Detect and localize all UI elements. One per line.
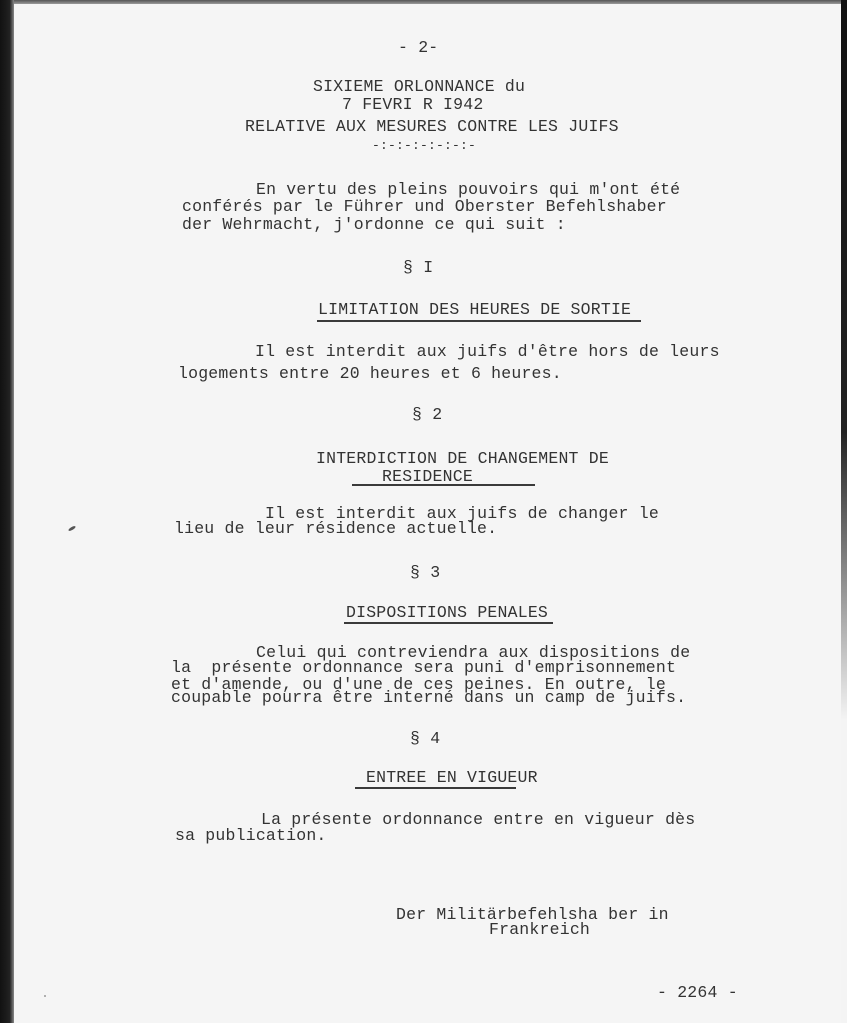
- section-4-number: § 4: [410, 729, 440, 748]
- section-4-heading-underline: [355, 787, 516, 789]
- section-3-body-line-4: coupable pourra être interné dans un cam…: [171, 688, 686, 707]
- scan-border-left: [0, 0, 14, 1023]
- preamble-line-2: conférés par le Führer und Oberster Befe…: [182, 197, 667, 216]
- section-4-heading: ENTREE EN VIGUEUR: [366, 768, 538, 787]
- section-3-number: § 3: [410, 563, 440, 582]
- scanned-page: - 2- SIXIEME ORLONNANCE du 7 FEVRI R I94…: [0, 0, 847, 1023]
- section-2-heading-underline: [352, 484, 535, 486]
- scan-border-right: [841, 0, 847, 720]
- section-2-body-line-2: lieu de leur résidence actuelle.: [174, 519, 497, 538]
- signature-line-2: Frankreich: [489, 920, 590, 939]
- title-line-3: RELATIVE AUX MESURES CONTRE LES JUIFS: [245, 117, 619, 136]
- title-separator: -:-:-:-:-:-:-: [372, 138, 476, 153]
- section-1-body-line-1: Il est interdit aux juifs d'être hors de…: [255, 342, 720, 361]
- section-1-heading-underline: [317, 320, 641, 322]
- section-1-number: § I: [403, 258, 433, 277]
- section-1-body-line-2: logements entre 20 heures et 6 heures.: [178, 364, 562, 383]
- page-number-header: - 2-: [398, 38, 438, 57]
- preamble-line-3: der Wehrmacht, j'ordonne ce qui suit :: [182, 215, 566, 234]
- title-line-2: 7 FEVRI R I942: [342, 95, 483, 114]
- section-2-heading-line-1: INTERDICTION DE CHANGEMENT DE: [316, 449, 609, 468]
- scan-border-top: [0, 0, 847, 4]
- document-reference-number: - 2264 -: [657, 983, 738, 1002]
- section-3-heading-underline: [344, 622, 553, 624]
- title-line-1: SIXIEME ORLONNANCE du: [313, 77, 525, 96]
- section-1-heading: LIMITATION DES HEURES DE SORTIE: [318, 300, 631, 319]
- section-3-heading: DISPOSITIONS PENALES: [346, 603, 548, 622]
- section-2-number: § 2: [412, 405, 442, 424]
- section-4-body-line-2: sa publication.: [175, 826, 327, 845]
